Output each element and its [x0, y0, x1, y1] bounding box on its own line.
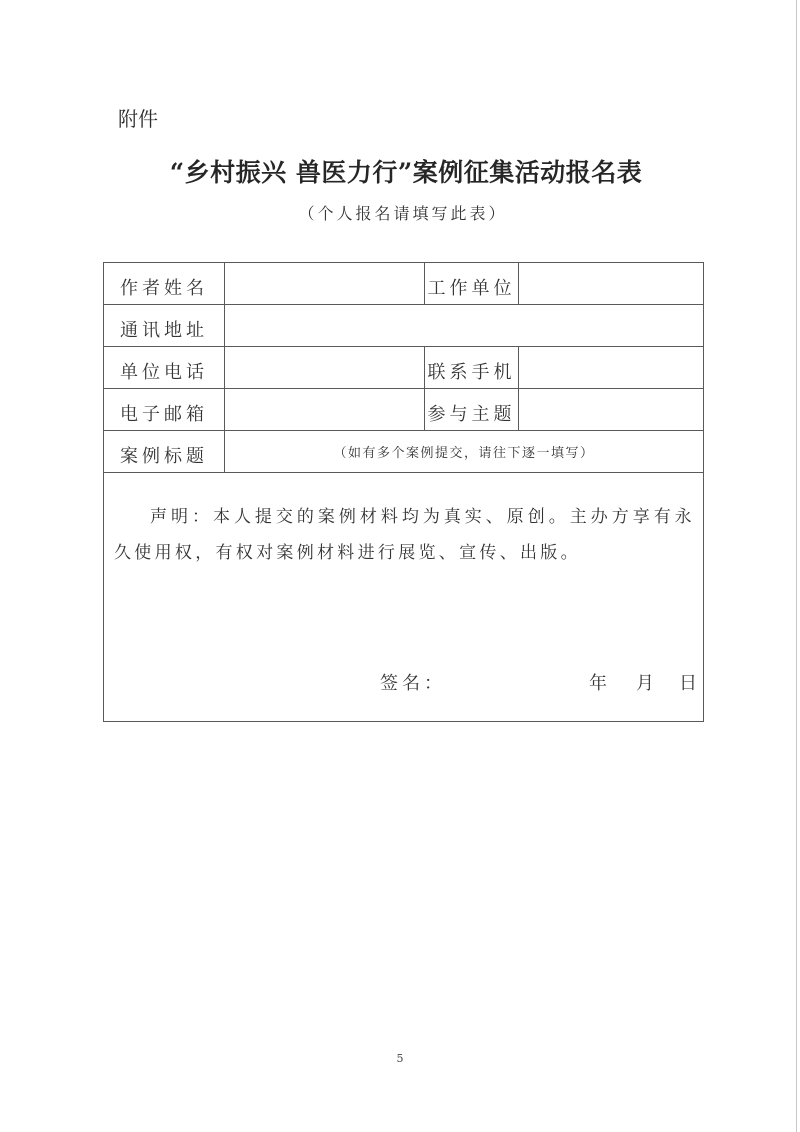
author-name-label: 作者姓名 [104, 263, 225, 305]
topic-field[interactable] [519, 389, 704, 431]
form-row-phone: 单位电话 联系手机 [104, 347, 704, 389]
page-number: 5 [0, 1052, 800, 1065]
form-row-address: 通讯地址 [104, 305, 704, 347]
case-title-field[interactable]: （如有多个案例提交，请往下逐一填写） [225, 431, 704, 473]
author-name-field[interactable] [225, 263, 425, 305]
date-day-label: 日 [679, 669, 697, 695]
case-title-label: 案例标题 [104, 431, 225, 473]
form-row-statement: 声明：本人提交的案例材料均为真实、原创。主办方享有永久使用权，有权对案例材料进行… [104, 473, 704, 722]
page-title: “乡村振兴 兽医力行”案例征集活动报名表 [0, 153, 800, 189]
work-unit-label: 工作单位 [425, 263, 519, 305]
registration-form-table: 作者姓名 工作单位 通讯地址 单位电话 联系手机 电子邮箱 参与主题 案例标题 … [103, 262, 704, 722]
mobile-phone-field[interactable] [519, 347, 704, 389]
email-field[interactable] [225, 389, 425, 431]
form-row-author: 作者姓名 工作单位 [104, 263, 704, 305]
office-phone-field[interactable] [225, 347, 425, 389]
mailing-address-label: 通讯地址 [104, 305, 225, 347]
email-label: 电子邮箱 [104, 389, 225, 431]
date-year-label: 年 [589, 669, 607, 695]
form-row-email: 电子邮箱 参与主题 [104, 389, 704, 431]
signature-label: 签名： [380, 669, 446, 695]
form-row-case-title: 案例标题 （如有多个案例提交，请往下逐一填写） [104, 431, 704, 473]
statement-cell: 声明：本人提交的案例材料均为真实、原创。主办方享有永久使用权，有权对案例材料进行… [104, 473, 704, 722]
work-unit-field[interactable] [519, 263, 704, 305]
topic-label: 参与主题 [425, 389, 519, 431]
mobile-phone-label: 联系手机 [425, 347, 519, 389]
attachment-label: 附件 [118, 103, 158, 132]
office-phone-label: 单位电话 [104, 347, 225, 389]
date-month-label: 月 [636, 669, 654, 695]
page-subtitle: （个人报名请填写此表） [0, 201, 800, 224]
mailing-address-field[interactable] [225, 305, 704, 347]
statement-text: 声明：本人提交的案例材料均为真实、原创。主办方享有永久使用权，有权对案例材料进行… [114, 499, 695, 571]
case-title-hint: （如有多个案例提交，请往下逐一填写） [333, 446, 594, 461]
